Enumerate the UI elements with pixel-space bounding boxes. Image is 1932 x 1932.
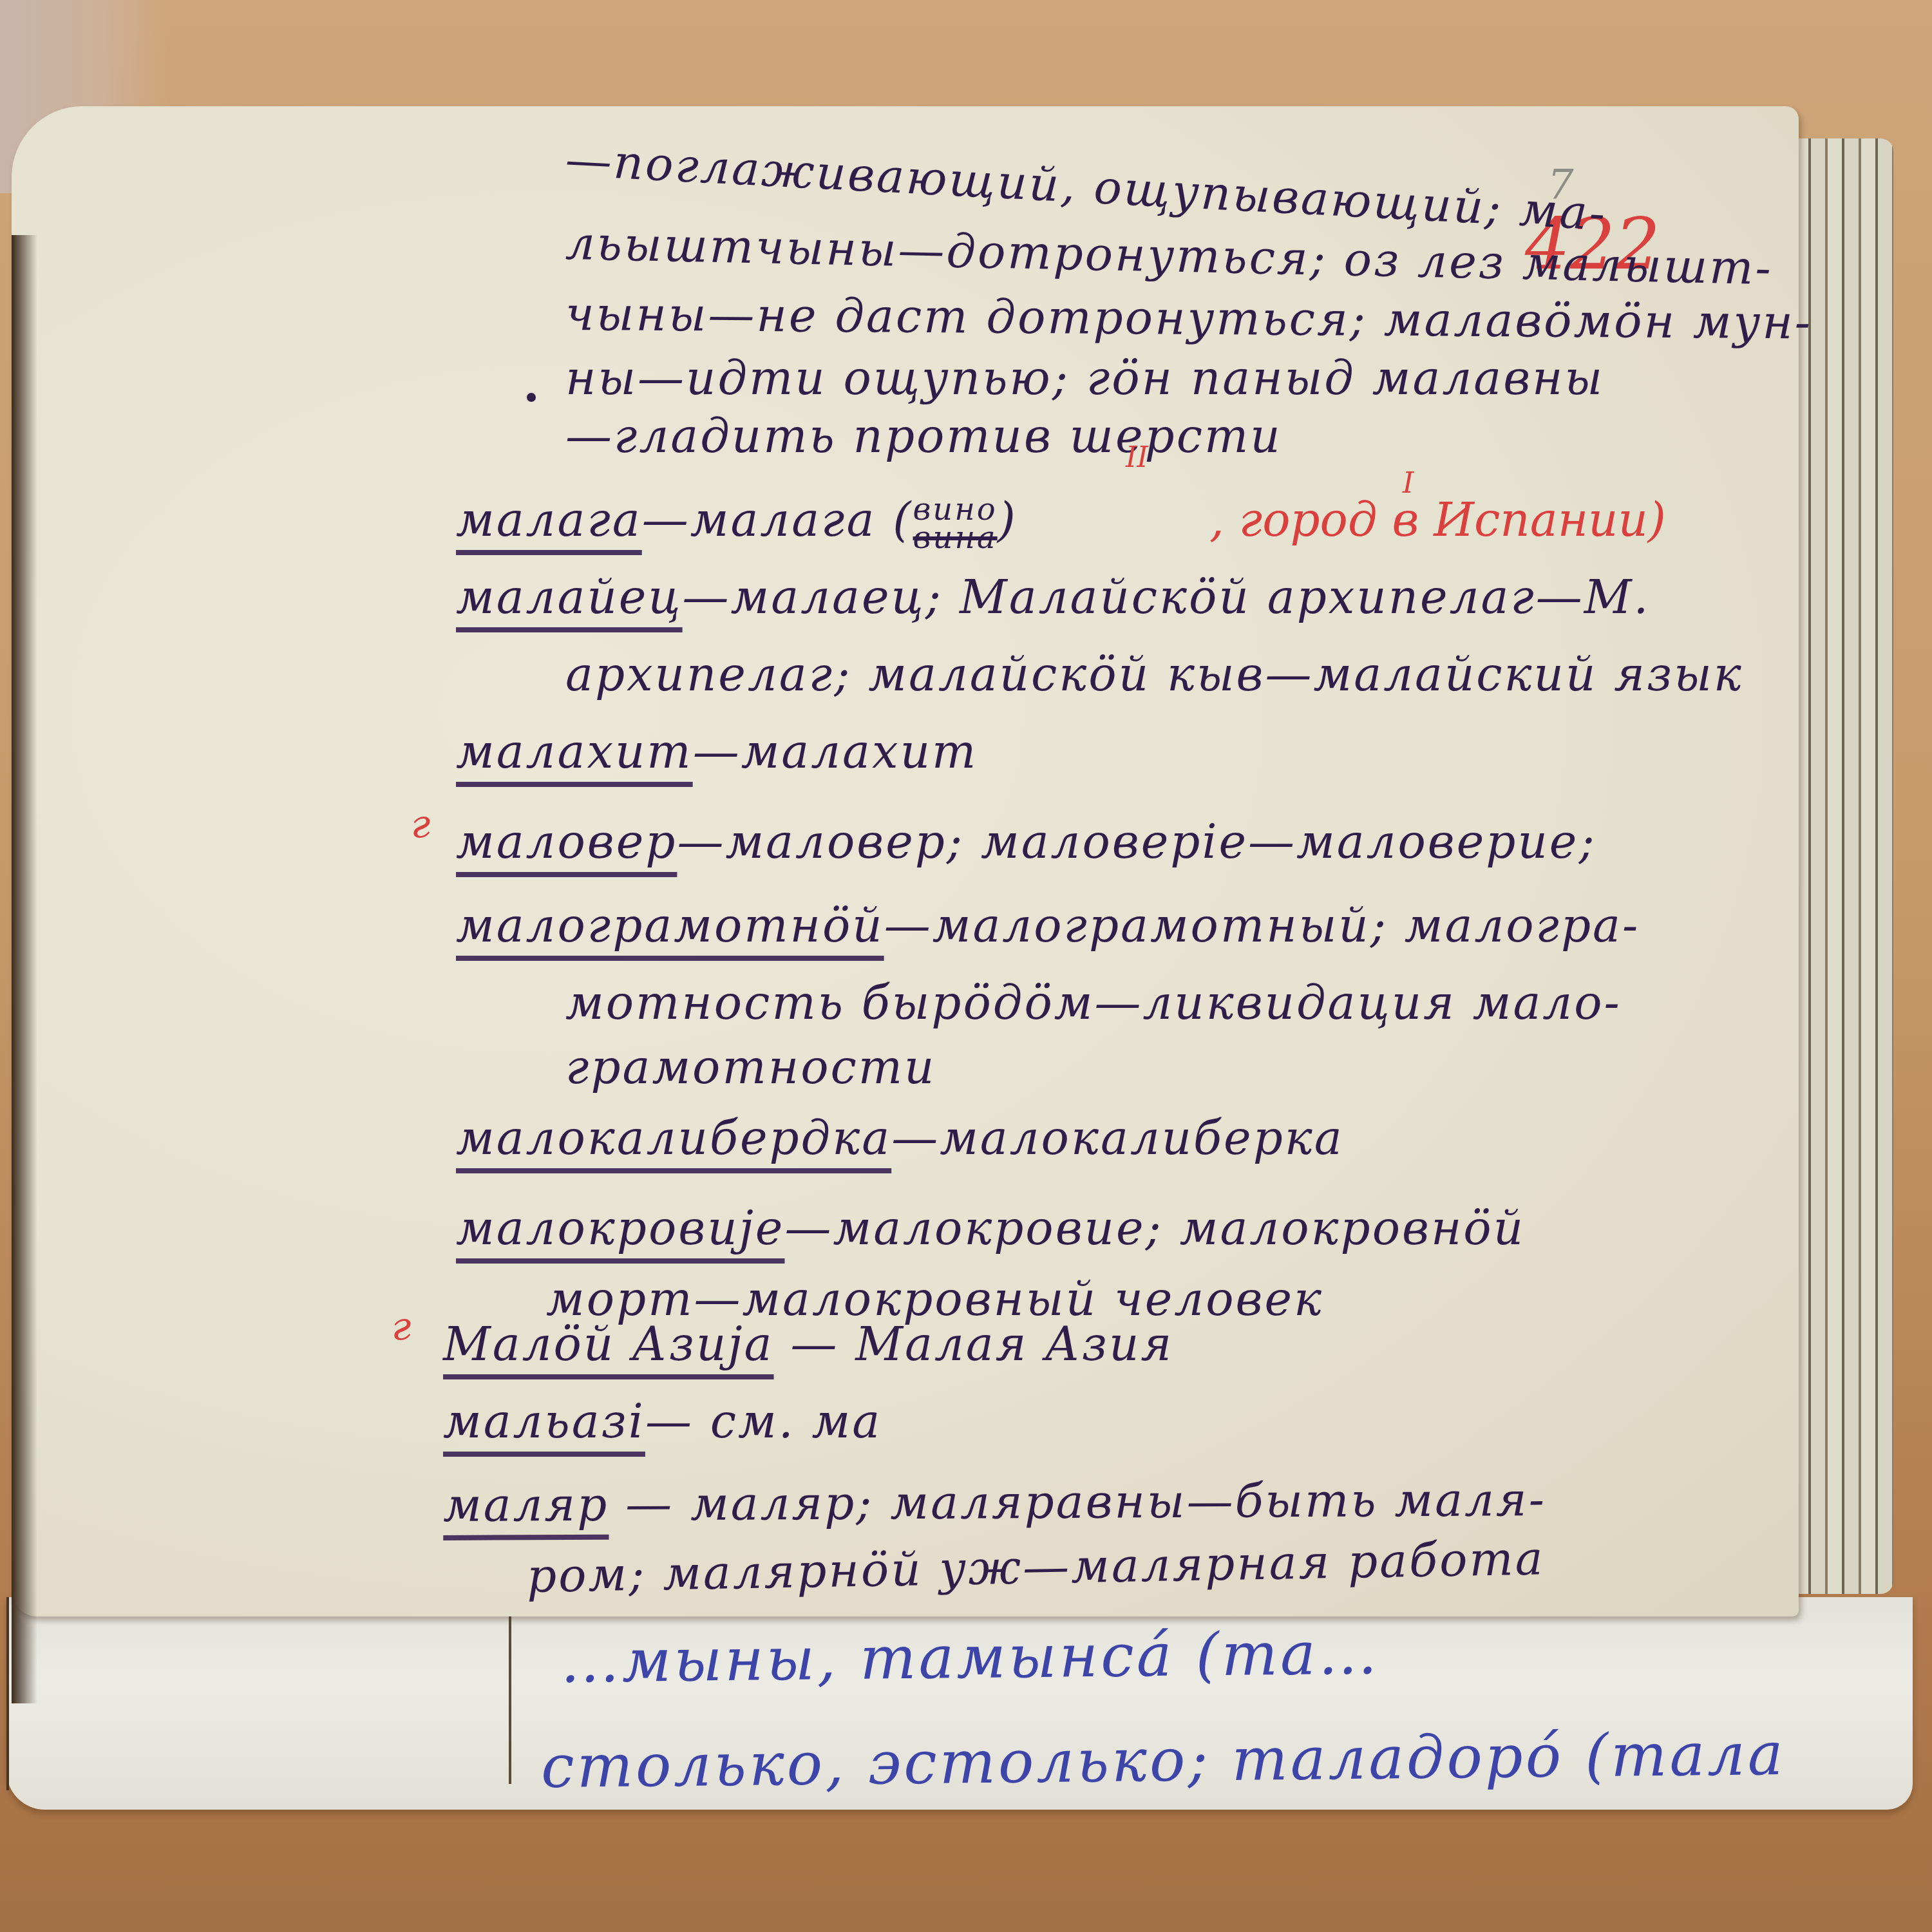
close-paren: ) bbox=[998, 493, 1018, 547]
entry-malokroviye: малокровиjе—малокровие; малокровнöй bbox=[456, 1201, 1525, 1255]
lower-sheet-line-1: …мыны, тамынсá (та… bbox=[560, 1618, 1380, 1696]
sheet-crease bbox=[509, 1616, 511, 1784]
entry-malokaliberka: малокалибердка—малокалиберка bbox=[456, 1111, 1344, 1165]
translation: маляр; маляравны—быть маля- bbox=[690, 1472, 1546, 1531]
entry-malover: маловер—маловер; маловерiе—маловерие; bbox=[456, 815, 1596, 869]
manuscript-page: 7 422 —поглаживающий, ощупывающий; ма- л… bbox=[12, 106, 1799, 1616]
entry-continuation: мотность бырöдöм—ликвидация мало- bbox=[565, 976, 1622, 1030]
margin-mark: г bbox=[392, 1304, 411, 1349]
text-line-5: —гладить против шерсти bbox=[565, 409, 1282, 463]
binding-shadow bbox=[12, 235, 37, 1703]
headword: мальазi bbox=[443, 1394, 645, 1448]
translation: малокалиберка bbox=[940, 1111, 1344, 1165]
entry-malakhit: малахит—малахит bbox=[456, 724, 978, 779]
lower-sheet: …мыны, тамынсá (та… столько, эстолько; т… bbox=[6, 1597, 1913, 1810]
entry-malyar: маляр — маляр; маляравны—быть маля- bbox=[443, 1472, 1546, 1532]
note-struck: вина bbox=[913, 520, 998, 556]
margin-mark: г bbox=[411, 802, 430, 847]
translation: малограмотный; малогра- bbox=[933, 898, 1640, 952]
text-line-4: ны—идти ощупью; гöн паныд малавны bbox=[565, 351, 1604, 405]
entry-malaya-aziya: Малöй Азиjа — Малая Азия bbox=[443, 1317, 1173, 1371]
entry-malaga: малага—малага (виновина) bbox=[456, 493, 1018, 552]
note-stack: виновина bbox=[913, 495, 997, 552]
red-addition: , город в Испании) bbox=[1209, 493, 1666, 547]
headword: малайец bbox=[456, 570, 683, 624]
red-mark-roman-2: II bbox=[1126, 441, 1148, 474]
sheet-crease bbox=[6, 1597, 9, 1790]
translation: малахит bbox=[741, 724, 978, 779]
entry-malayets: малайец—малаец; Малайскöй архипелаг—М. bbox=[456, 570, 1650, 624]
translation: малаец; Малайскöй архипелаг—М. bbox=[731, 570, 1651, 624]
translation: маловер; маловерiе—маловерие; bbox=[725, 815, 1596, 869]
headword: малограмотнöй bbox=[456, 898, 884, 952]
translation: малокровие; малокровнöй bbox=[833, 1201, 1525, 1255]
translation: см. ма bbox=[710, 1394, 882, 1448]
lower-sheet-line-2: столько, эстолько; таладорó (тала bbox=[540, 1719, 1786, 1801]
headword: малокровиjе bbox=[456, 1201, 784, 1255]
headword: маловер bbox=[456, 815, 677, 869]
translation: Малая Азия bbox=[855, 1317, 1173, 1371]
entry-continuation: ром; малярнöй уж—малярная работа bbox=[526, 1531, 1545, 1603]
bullet-dot bbox=[527, 393, 536, 402]
entry-continuation: архипелаг; малайскöй кыв—малайский язык bbox=[565, 647, 1743, 701]
translation: малага ( bbox=[690, 493, 913, 547]
headword: малага bbox=[456, 493, 642, 547]
text-line-3: чыны—не даст дотронуться; малавöмöн мун- bbox=[565, 287, 1813, 350]
entry-malazi: мальазi— см. ма bbox=[443, 1394, 882, 1448]
headword: малахит bbox=[456, 724, 693, 779]
entry-malogramotnoy: малограмотнöй—малограмотный; малогра- bbox=[456, 898, 1640, 952]
entry-continuation-2: грамотности bbox=[565, 1040, 936, 1094]
headword: Малöй Азиjа bbox=[443, 1317, 774, 1371]
headword: маляр bbox=[443, 1477, 609, 1532]
headword: малокалибердка bbox=[456, 1111, 891, 1165]
